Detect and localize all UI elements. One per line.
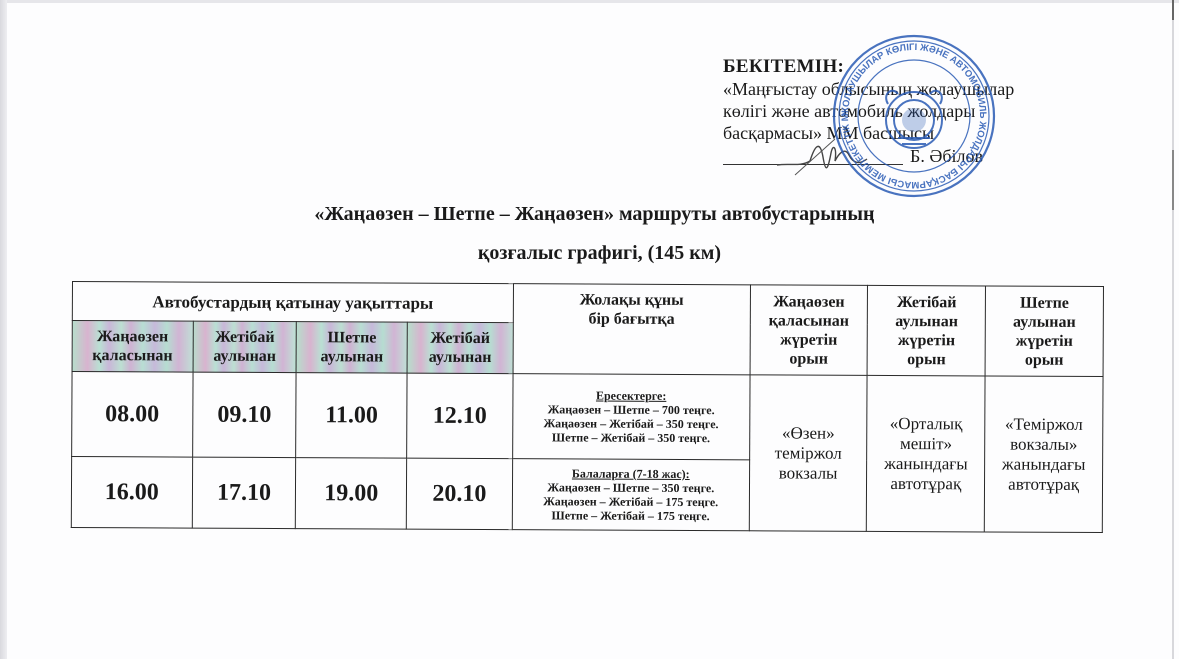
time-column-header: Жаңаөзен қаласынан <box>72 321 193 373</box>
departure-time: 12.10 <box>407 373 513 459</box>
fare-children: Балаларға (7-18 жас): Жаңаөзен – Шетпе –… <box>512 459 749 531</box>
departure-time: 16.00 <box>71 457 192 529</box>
departure-place: «Өзен» теміржол вокзалы <box>749 375 867 532</box>
time-column-header: Жетібай аулынан <box>407 322 513 374</box>
fare-item: Жаңаөзен – Жетібай – 175 теңге. <box>515 494 747 509</box>
departure-time: 17.10 <box>192 457 296 529</box>
departure-place: «Орталық мешіт» жанындағы автотұрақ <box>867 375 986 532</box>
fare-adults: Ересектерге: Жаңаөзен – Шетпе – 700 теңг… <box>512 374 749 460</box>
page-frame-right <box>1172 0 1174 659</box>
document-title: «Жаңаөзен – Шетпе – Жаңаөзен» маршруты а… <box>0 203 1179 226</box>
fare-header-text: Жолақы құны бір бағытқа <box>580 291 684 327</box>
fare-item: Жаңаөзен – Жетібай – 350 теңге. <box>515 416 747 431</box>
page-edge-shadow <box>1172 150 1174 210</box>
time-column-header: Жетібай аулынан <box>193 321 297 373</box>
fare-item: Жаңаөзен – Шетпе – 350 теңге. <box>515 480 747 495</box>
departure-time: 19.00 <box>296 458 407 530</box>
page-frame-top <box>0 0 1179 3</box>
departure-place-header: Жаңаөзен қаласынан жүретін орын <box>750 285 868 376</box>
page-frame-left <box>0 0 7 659</box>
fare-item: Жаңаөзен – Шетпе – 700 теңге. <box>515 402 747 417</box>
official-stamp-icon: ЖОЛАУШЫЛАР КӨЛІГІ ЖӘНЕ АВТОМОБИЛЬ ЖОЛДАР… <box>832 34 996 198</box>
time-column-header: Шетпе аулынан <box>296 322 407 374</box>
departure-place-header: Шетпе аулынан жүретін орын <box>985 286 1103 377</box>
departure-place-header: Жетібай аулынан жүретін орын <box>867 285 985 376</box>
departure-time: 09.10 <box>192 372 296 458</box>
times-group-header: Автобустардың қатынау уақыттары <box>72 282 513 323</box>
document-subtitle: қозғалыс графигі, (145 км) <box>0 242 1179 265</box>
fare-children-caption: Балаларға (7-18 жас): <box>515 466 747 481</box>
departure-time: 20.10 <box>406 458 512 530</box>
departure-place: «Теміржол вокзалы» жанындағы автотұрақ <box>984 376 1103 533</box>
table-row: 08.00 09.10 11.00 12.10 Ересектерге: Жаң… <box>72 372 1103 462</box>
fare-header: Жолақы құны бір бағытқа <box>513 284 750 375</box>
schedule-table: Автобустардың қатынау уақыттары Жолақы қ… <box>71 281 1104 533</box>
departure-time: 11.00 <box>296 373 407 459</box>
fare-adults-caption: Ересектерге: <box>515 388 747 403</box>
fare-item: Шетпе – Жетібай – 350 теңге. <box>515 430 747 445</box>
departure-time: 08.00 <box>72 372 193 458</box>
fare-item: Шетпе – Жетібай – 175 теңге. <box>515 508 747 523</box>
page-edge-shadow <box>1172 0 1174 20</box>
